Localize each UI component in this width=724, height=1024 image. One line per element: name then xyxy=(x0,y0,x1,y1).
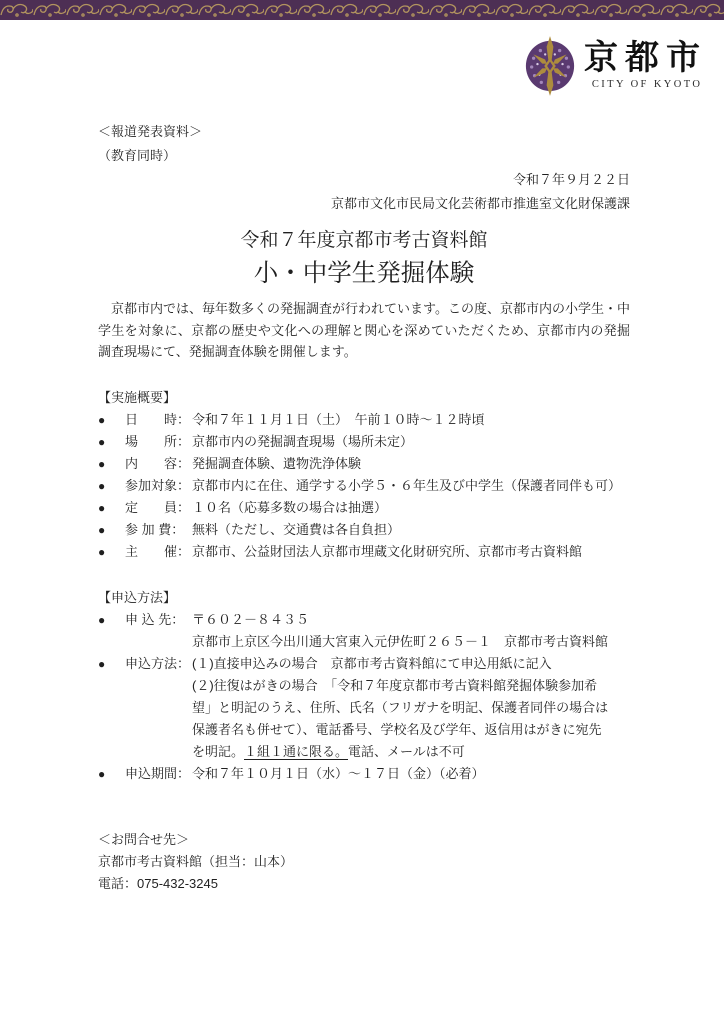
bullet-icon: ● xyxy=(98,453,125,475)
kyoto-city-logo: 京都市 CITY OF KYOTO xyxy=(0,20,724,100)
kyoto-city-emblem-icon xyxy=(523,34,577,98)
doc-type-label: ＜報道発表資料＞ xyxy=(98,120,630,144)
text-segment: 望」と明記のうえ、住所、氏名（フリガナを明記、保護者同伴の場合は xyxy=(192,700,608,715)
item-line: (２)往復はがきの場合 「令和７年度京都市考古資料館発掘体験参加希 xyxy=(192,675,608,697)
overview-heading: 【実施概要】 xyxy=(98,387,630,409)
document-body: ＜報道発表資料＞ （教育同時） 令和７年９月２２日 京都市文化市民局文化芸術都市… xyxy=(0,120,724,895)
item-line: (１)直接申込みの場合 京都市考古資料館にて申込用紙に記入 xyxy=(192,653,608,675)
item-line: 京都市上京区今出川通大宮東入元伊佐町２６５－１ 京都市考古資料館 xyxy=(192,631,608,653)
application-heading: 【申込方法】 xyxy=(98,587,630,609)
item-label: 参 加 費： xyxy=(125,519,192,541)
item-label: 定 員： xyxy=(125,497,192,519)
overview-list: ●日 時：令和７年１１月１日（土） 午前１０時～１２時頃●場 所：京都市内の発掘… xyxy=(98,409,630,563)
title-line2: 小・中学生発掘体験 xyxy=(98,256,630,292)
item-label: 申 込 先： xyxy=(125,609,192,653)
item-label: 申込方法： xyxy=(125,653,192,763)
text-segment: １組１通に限る。 xyxy=(244,744,348,760)
logo-english: CITY OF KYOTO xyxy=(592,79,703,90)
application-item: ●申込方法：(１)直接申込みの場合 京都市考古資料館にて申込用紙に記入(２)往復… xyxy=(98,653,630,763)
text-segment: 電話、メールは不可 xyxy=(348,744,465,759)
application-section: 【申込方法】 ●申 込 先：〒６０２－８４３５京都市上京区今出川通大宮東入元伊佐… xyxy=(98,587,630,785)
item-label: 主 催： xyxy=(125,541,192,563)
issuing-department: 京都市文化市民局文化芸術都市推進室文化財保護課 xyxy=(98,192,630,216)
item-line: を明記。１組１通に限る。電話、メールは不可 xyxy=(192,741,608,763)
item-line: 〒６０２－８４３５ xyxy=(192,609,608,631)
item-value: 京都市内の発掘調査現場（場所未定） xyxy=(192,431,413,453)
decorative-border xyxy=(0,0,724,20)
contact-phone: 電話：075-432-3245 xyxy=(98,873,630,895)
press-release-page: 京都市 CITY OF KYOTO ＜報道発表資料＞ （教育同時） 令和７年９月… xyxy=(0,0,724,1024)
text-segment: を明記。 xyxy=(192,744,244,759)
doc-note: （教育同時） xyxy=(98,144,630,168)
item-value: 京都市、公益財団法人京都市埋蔵文化財研究所、京都市考古資料館 xyxy=(192,541,582,563)
application-item: ●申 込 先：〒６０２－８４３５京都市上京区今出川通大宮東入元伊佐町２６５－１ … xyxy=(98,609,630,653)
item-label: 参加対象： xyxy=(125,475,192,497)
item-label: 申込期間： xyxy=(125,763,192,785)
item-content: 令和７年１０月１日（水）～１７日（金）（必着） xyxy=(192,763,485,785)
item-line: 望」と明記のうえ、住所、氏名（フリガナを明記、保護者同伴の場合は xyxy=(192,697,608,719)
application-item: ●申込期間：令和７年１０月１日（水）～１７日（金）（必着） xyxy=(98,763,630,785)
item-content: 〒６０２－８４３５京都市上京区今出川通大宮東入元伊佐町２６５－１ 京都市考古資料… xyxy=(192,609,608,653)
bullet-icon: ● xyxy=(98,475,125,497)
item-label: 場 所： xyxy=(125,431,192,453)
decorative-border-pattern xyxy=(0,0,724,20)
item-value: 令和７年１１月１日（土） 午前１０時～１２時頃 xyxy=(192,409,485,431)
application-list: ●申 込 先：〒６０２－８４３５京都市上京区今出川通大宮東入元伊佐町２６５－１ … xyxy=(98,609,630,785)
item-content: (１)直接申込みの場合 京都市考古資料館にて申込用紙に記入(２)往復はがきの場合… xyxy=(192,653,608,763)
bullet-icon: ● xyxy=(98,431,125,453)
logo-text: 京都市 CITY OF KYOTO xyxy=(584,34,700,90)
bullet-icon: ● xyxy=(98,541,125,563)
overview-section: 【実施概要】 ●日 時：令和７年１１月１日（土） 午前１０時～１２時頃●場 所：… xyxy=(98,387,630,563)
overview-item: ●場 所：京都市内の発掘調査現場（場所未定） xyxy=(98,431,630,453)
item-value: 京都市内に在住、通学する小学５・６年生及び中学生（保護者同伴も可） xyxy=(192,475,621,497)
text-segment: (２)往復はがきの場合 「令和７年度京都市考古資料館発掘体験参加希 xyxy=(192,678,597,693)
item-value: １０名（応募多数の場合は抽選） xyxy=(192,497,387,519)
bullet-icon: ● xyxy=(98,609,125,653)
text-segment: 京都市上京区今出川通大宮東入元伊佐町２６５－１ 京都市考古資料館 xyxy=(192,634,608,649)
bullet-icon: ● xyxy=(98,653,125,763)
logo-kanji: 京都市 xyxy=(584,40,707,78)
text-segment: 〒６０２－８４３５ xyxy=(192,612,309,627)
bullet-icon: ● xyxy=(98,409,125,431)
item-line: 令和７年１０月１日（水）～１７日（金）（必着） xyxy=(192,763,485,785)
overview-item: ●主 催：京都市、公益財団法人京都市埋蔵文化財研究所、京都市考古資料館 xyxy=(98,541,630,563)
overview-item: ●参 加 費：無料（ただし、交通費は各自負担） xyxy=(98,519,630,541)
contact-org: 京都市考古資料館（担当：山本） xyxy=(98,851,630,873)
overview-item: ●日 時：令和７年１１月１日（土） 午前１０時～１２時頃 xyxy=(98,409,630,431)
intro-paragraph: 京都市内では、毎年数多くの発掘調査が行われています。この度、京都市内の小学生・中… xyxy=(98,298,630,363)
overview-item: ●内 容：発掘調査体験、遺物洗浄体験 xyxy=(98,453,630,475)
bullet-icon: ● xyxy=(98,763,125,785)
item-value: 無料（ただし、交通費は各自負担） xyxy=(192,519,400,541)
item-label: 内 容： xyxy=(125,453,192,475)
bullet-icon: ● xyxy=(98,497,125,519)
text-segment: 令和７年１０月１日（水）～１７日（金）（必着） xyxy=(192,766,485,781)
overview-item: ●定 員：１０名（応募多数の場合は抽選） xyxy=(98,497,630,519)
overview-item: ●参加対象：京都市内に在住、通学する小学５・６年生及び中学生（保護者同伴も可） xyxy=(98,475,630,497)
bullet-icon: ● xyxy=(98,519,125,541)
document-title: 令和７年度京都市考古資料館 小・中学生発掘体験 xyxy=(98,226,630,292)
text-segment: (１)直接申込みの場合 京都市考古資料館にて申込用紙に記入 xyxy=(192,656,552,671)
contact-heading: ＜お問合せ先＞ xyxy=(98,829,630,851)
text-segment: 保護者名も併せて）、電話番号、学校名及び学年、返信用はがきに宛先 xyxy=(192,722,602,737)
document-header: ＜報道発表資料＞ （教育同時） 令和７年９月２２日 京都市文化市民局文化芸術都市… xyxy=(98,120,630,216)
item-label: 日 時： xyxy=(125,409,192,431)
item-line: 保護者名も併せて）、電話番号、学校名及び学年、返信用はがきに宛先 xyxy=(192,719,608,741)
title-line1: 令和７年度京都市考古資料館 xyxy=(98,226,630,256)
release-date: 令和７年９月２２日 xyxy=(98,168,630,192)
contact-section: ＜お問合せ先＞ 京都市考古資料館（担当：山本） 電話：075-432-3245 xyxy=(98,829,630,895)
item-value: 発掘調査体験、遺物洗浄体験 xyxy=(192,453,361,475)
